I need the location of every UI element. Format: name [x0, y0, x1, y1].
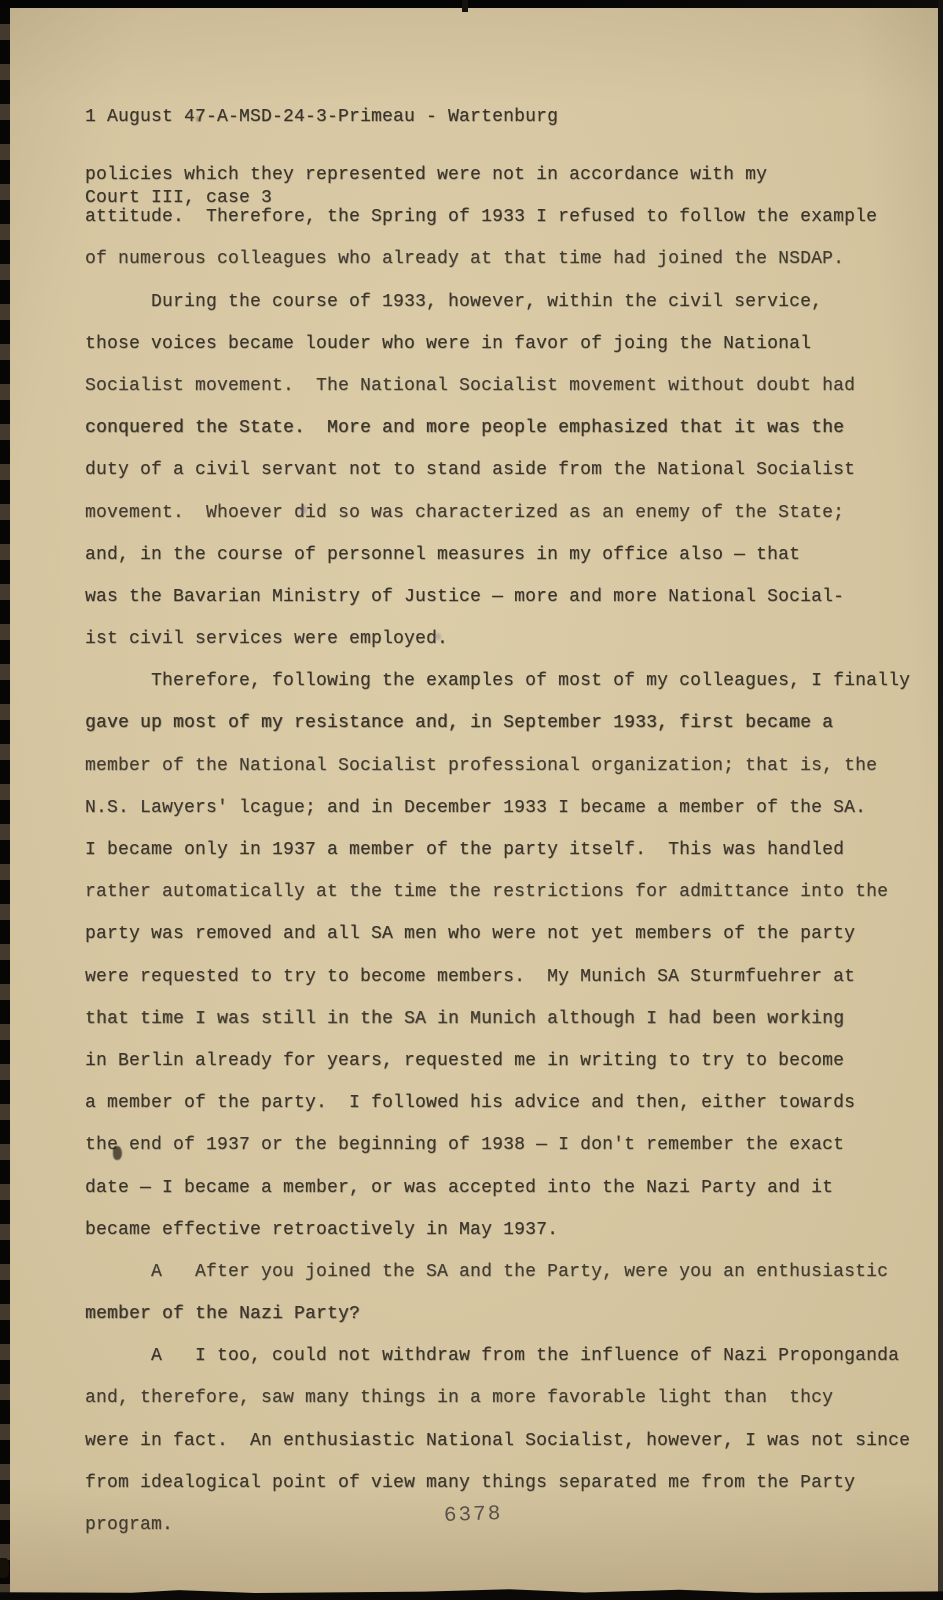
text-line: the end of 1937 or the beginning of 1938… — [85, 1124, 918, 1166]
text-line: attitude. Therefore, the Spring of 1933 … — [85, 196, 918, 238]
document-lines: policies which they represented were not… — [85, 154, 918, 1546]
text-line: that time I was still in the SA in Munic… — [85, 998, 918, 1040]
text-line: became effective retroactively in May 19… — [85, 1209, 918, 1251]
text-line: A After you joined the SA and the Party,… — [85, 1251, 918, 1293]
film-edge-top — [0, 0, 943, 8]
text-line: was the Bavarian Ministry of Justice — m… — [85, 576, 918, 618]
text-line: A I too, could not withdraw from the inf… — [85, 1335, 918, 1377]
text-line: party was removed and all SA men who wer… — [85, 913, 918, 955]
text-line: rather automatically at the time the res… — [85, 871, 918, 913]
text-line: were in fact. An enthusiastic National S… — [85, 1420, 918, 1462]
text-line: and, therefore, saw many things in a mor… — [85, 1377, 918, 1419]
text-line: policies which they represented were not… — [85, 154, 918, 196]
text-line: from idealogical point of view many thin… — [85, 1462, 918, 1504]
text-line: member of the Nazi Party? — [85, 1293, 918, 1335]
paper-stain — [196, 116, 201, 122]
text-line: duty of a civil servant not to stand asi… — [85, 449, 918, 491]
text-line: date — I became a member, or was accepte… — [85, 1167, 918, 1209]
text-line: conquered the State. More and more peopl… — [85, 407, 918, 449]
text-line: gave up most of my resistance and, in Se… — [85, 702, 918, 744]
text-line: in Berlin already for years, requested m… — [85, 1040, 918, 1082]
film-registration-mark — [462, 0, 468, 12]
paper-stain — [435, 633, 441, 640]
text-line: of numerous colleagues who already at th… — [85, 238, 918, 280]
header-dateline: 1 August 47-A-MSD-24-3-Primeau - Wartenb… — [85, 104, 558, 131]
document-paper: 1 August 47-A-MSD-24-3-Primeau - Wartenb… — [10, 8, 938, 1593]
text-line: N.S. Lawyers' lcague; and in December 19… — [85, 787, 918, 829]
text-line: ist civil services were employed. — [85, 618, 918, 660]
ink-smudge — [113, 1146, 122, 1160]
text-line: a member of the party. I followed his ad… — [85, 1082, 918, 1124]
text-line: During the course of 1933, however, with… — [85, 281, 918, 323]
film-edge-right — [938, 0, 943, 1600]
text-line: Socialist movement. The National Sociali… — [85, 365, 918, 407]
text-line: member of the National Socialist profess… — [85, 745, 918, 787]
text-line: and, in the course of personnel measures… — [85, 534, 918, 576]
text-line: were requested to try to become members.… — [85, 956, 918, 998]
page-number: 6378 — [444, 1503, 503, 1528]
text-line: those voices became louder who were in f… — [85, 323, 918, 365]
text-line: movement. Whoever did so was characteriz… — [85, 492, 918, 534]
paper-stain — [300, 506, 307, 514]
text-line: Therefore, following the examples of mos… — [85, 660, 918, 702]
text-line: I became only in 1937 a member of the pa… — [85, 829, 918, 871]
scanned-page: 1 August 47-A-MSD-24-3-Primeau - Wartenb… — [0, 0, 943, 1600]
film-edge-blemish — [0, 1558, 9, 1578]
film-edge-left — [0, 0, 10, 1600]
